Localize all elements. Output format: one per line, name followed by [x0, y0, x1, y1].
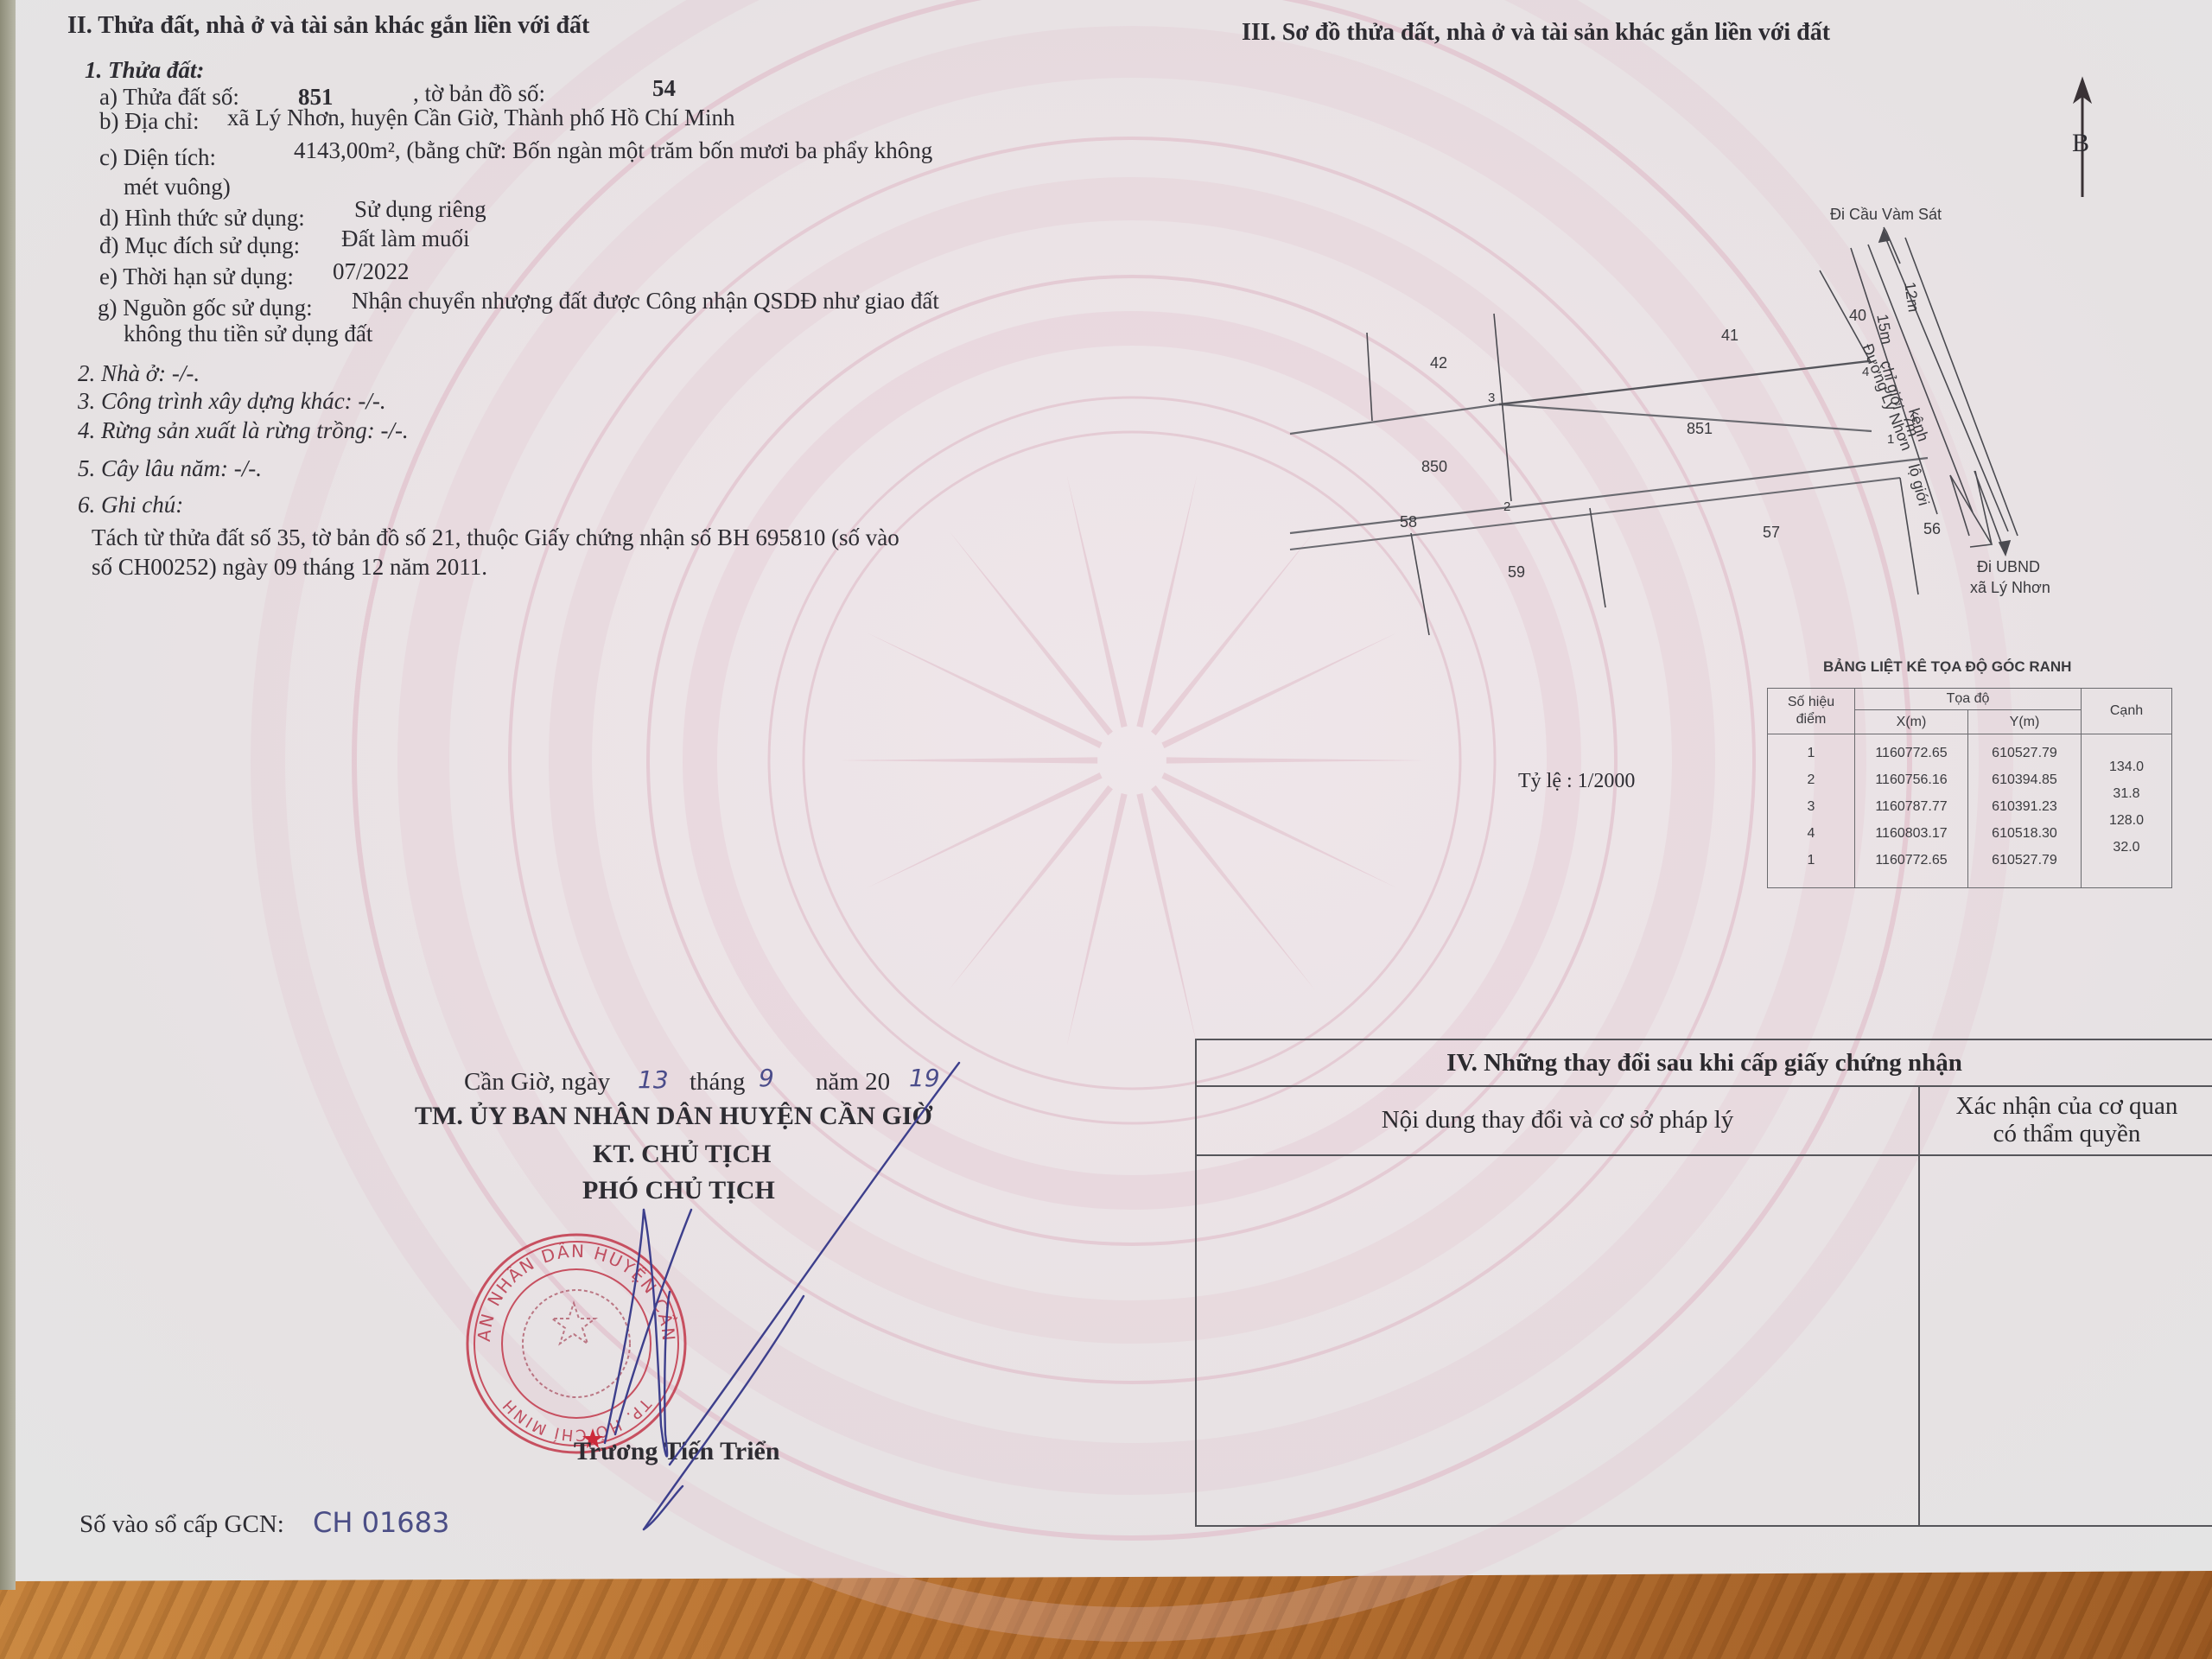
- changes-col-confirmation-line2: có thẩm quyền: [1920, 1120, 2212, 1147]
- changes-col-content: Nội dung thay đổi và cơ sở pháp lý: [1197, 1085, 1918, 1154]
- changes-table: IV. Những thay đổi sau khi cấp giấy chứn…: [1195, 1039, 2212, 1527]
- changes-header-row: Nội dung thay đổi và cơ sở pháp lý Xác n…: [1197, 1085, 2212, 1156]
- changes-col-confirmation-line1: Xác nhận của cơ quan: [1920, 1092, 2212, 1120]
- registry-value: CH 01683: [313, 1509, 449, 1536]
- registry-label: Số vào sổ cấp GCN:: [79, 1510, 284, 1538]
- section4-title: IV. Những thay đổi sau khi cấp giấy chứn…: [1197, 1040, 2212, 1087]
- changes-col-confirmation: Xác nhận của cơ quan có thẩm quyền: [1920, 1092, 2212, 1147]
